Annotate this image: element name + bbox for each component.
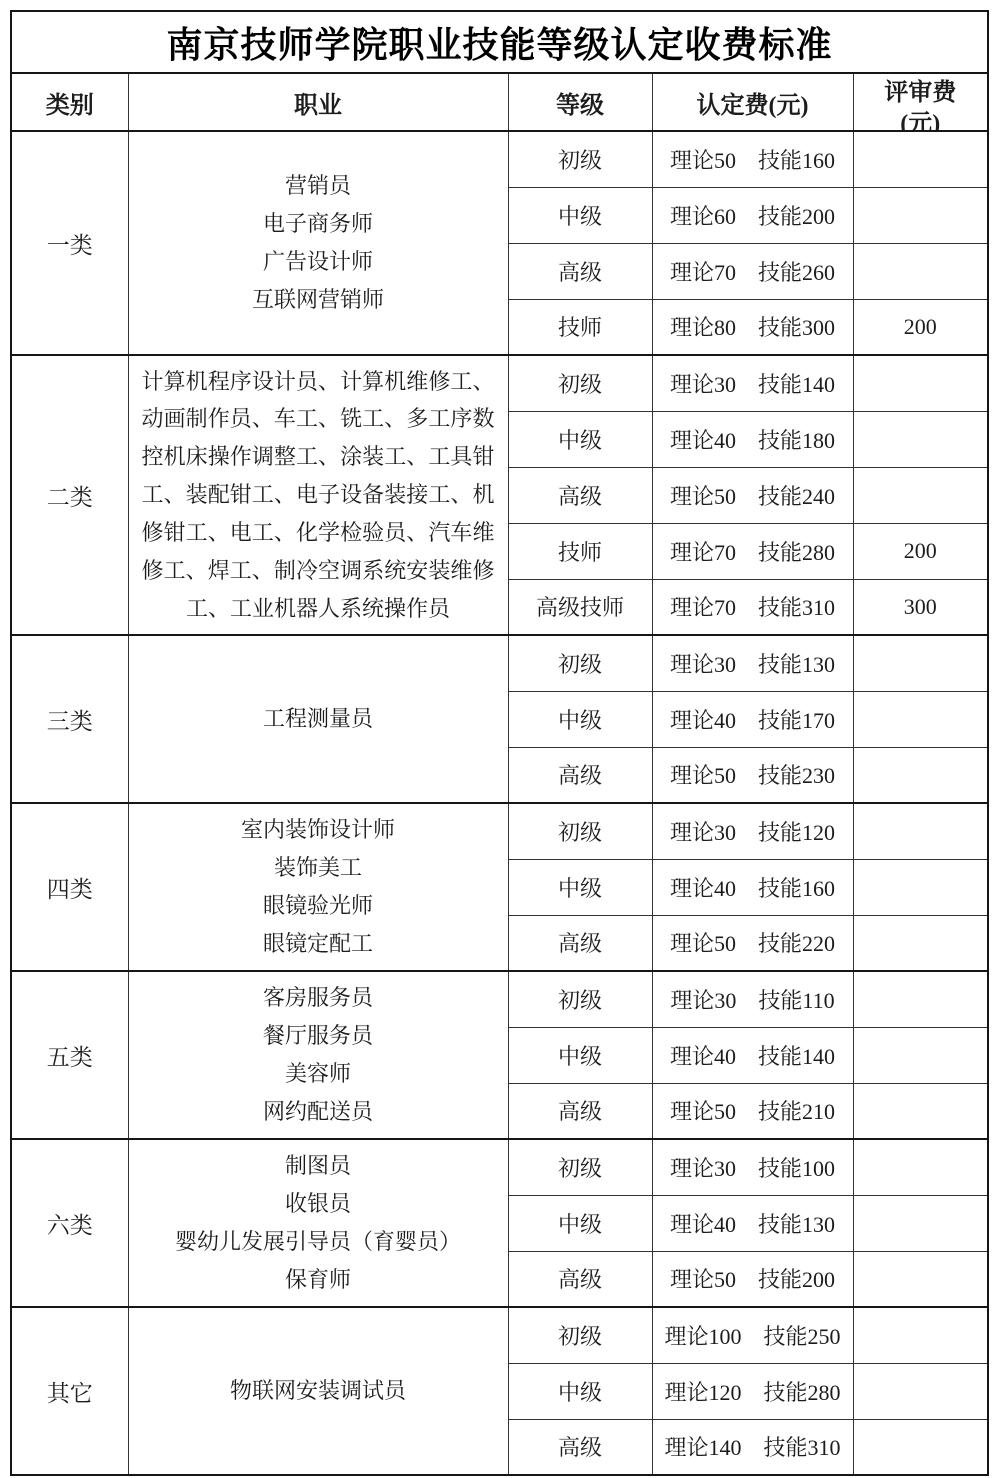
level-cell: 初级 bbox=[508, 803, 652, 859]
review-fee-cell bbox=[853, 467, 988, 523]
col-header-level: 等级 bbox=[508, 73, 652, 131]
review-fee-cell bbox=[853, 1083, 988, 1139]
level-cell: 中级 bbox=[508, 691, 652, 747]
cert-fee-cell: 理论50 技能230 bbox=[652, 747, 853, 803]
cert-fee-cell: 理论30 技能100 bbox=[652, 1139, 853, 1195]
level-cell: 中级 bbox=[508, 859, 652, 915]
cert-fee-cell: 理论60 技能200 bbox=[652, 187, 853, 243]
header-row: 类别 职业 等级 认定费(元) 评审费 (元) bbox=[11, 73, 988, 131]
category-cell: 六类 bbox=[11, 1139, 128, 1307]
cert-fee-cell: 理论30 技能130 bbox=[652, 635, 853, 691]
level-cell: 高级技师 bbox=[508, 579, 652, 635]
level-cell: 初级 bbox=[508, 1307, 652, 1363]
cert-fee-cell: 理论70 技能310 bbox=[652, 579, 853, 635]
review-fee-cell bbox=[853, 859, 988, 915]
level-cell: 高级 bbox=[508, 467, 652, 523]
group-4: 四类 室内装饰设计师 装饰美工 眼镜验光师 眼镜定配工 初级 理论30 技能12… bbox=[11, 803, 988, 971]
level-cell: 中级 bbox=[508, 1363, 652, 1419]
review-fee-cell: 200 bbox=[853, 523, 988, 579]
category-cell: 二类 bbox=[11, 355, 128, 635]
group-5: 五类 客房服务员 餐厅服务员 美容师 网约配送员 初级 理论30 技能110 中… bbox=[11, 971, 988, 1139]
cert-fee-cell: 理论40 技能180 bbox=[652, 411, 853, 467]
cert-fee-cell: 理论70 技能260 bbox=[652, 243, 853, 299]
cert-fee-cell: 理论30 技能140 bbox=[652, 355, 853, 411]
cert-fee-cell: 理论40 技能140 bbox=[652, 1027, 853, 1083]
cert-fee-cell: 理论40 技能130 bbox=[652, 1195, 853, 1251]
group-6: 六类 制图员 收银员 婴幼儿发展引导员（育婴员） 保育师 初级 理论30 技能1… bbox=[11, 1139, 988, 1307]
level-cell: 中级 bbox=[508, 411, 652, 467]
review-fee-cell bbox=[853, 243, 988, 299]
review-fee-cell bbox=[853, 187, 988, 243]
col-header-category: 类别 bbox=[11, 73, 128, 131]
page-title: 南京技师学院职业技能等级认定收费标准 bbox=[11, 11, 988, 73]
occupation-cell: 客房服务员 餐厅服务员 美容师 网约配送员 bbox=[128, 971, 508, 1139]
level-cell: 中级 bbox=[508, 187, 652, 243]
level-cell: 高级 bbox=[508, 1419, 652, 1475]
group-3: 三类 工程测量员 初级 理论30 技能130 中级 理论40 技能170 高级 … bbox=[11, 635, 988, 803]
review-fee-cell bbox=[853, 803, 988, 859]
occupation-cell: 营销员 电子商务师 广告设计师 互联网营销师 bbox=[128, 131, 508, 355]
cert-fee-cell: 理论80 技能300 bbox=[652, 299, 853, 355]
level-cell: 高级 bbox=[508, 915, 652, 971]
table-row: 五类 客房服务员 餐厅服务员 美容师 网约配送员 初级 理论30 技能110 bbox=[11, 971, 988, 1027]
review-fee-cell bbox=[853, 131, 988, 187]
review-fee-cell: 300 bbox=[853, 579, 988, 635]
category-cell: 一类 bbox=[11, 131, 128, 355]
review-fee-cell bbox=[853, 411, 988, 467]
review-fee-cell bbox=[853, 1195, 988, 1251]
level-cell: 高级 bbox=[508, 1251, 652, 1307]
category-cell: 五类 bbox=[11, 971, 128, 1139]
title-row: 南京技师学院职业技能等级认定收费标准 bbox=[11, 11, 988, 73]
category-cell: 四类 bbox=[11, 803, 128, 971]
cert-fee-cell: 理论50 技能210 bbox=[652, 1083, 853, 1139]
cert-fee-cell: 理论40 技能170 bbox=[652, 691, 853, 747]
col-header-cert-fee: 认定费(元) bbox=[652, 73, 853, 131]
cert-fee-cell: 理论50 技能200 bbox=[652, 1251, 853, 1307]
fee-standard-table: 南京技师学院职业技能等级认定收费标准 类别 职业 等级 认定费(元) 评审费 (… bbox=[10, 10, 989, 1476]
col-header-occupation: 职业 bbox=[128, 73, 508, 131]
level-cell: 初级 bbox=[508, 1139, 652, 1195]
table-row: 一类 营销员 电子商务师 广告设计师 互联网营销师 初级 理论50 技能160 bbox=[11, 131, 988, 187]
level-cell: 中级 bbox=[508, 1027, 652, 1083]
group-1: 一类 营销员 电子商务师 广告设计师 互联网营销师 初级 理论50 技能160 … bbox=[11, 131, 988, 355]
level-cell: 技师 bbox=[508, 523, 652, 579]
level-cell: 中级 bbox=[508, 1195, 652, 1251]
level-cell: 高级 bbox=[508, 747, 652, 803]
occupation-cell: 制图员 收银员 婴幼儿发展引导员（育婴员） 保育师 bbox=[128, 1139, 508, 1307]
level-cell: 高级 bbox=[508, 243, 652, 299]
cert-fee-cell: 理论40 技能160 bbox=[652, 859, 853, 915]
col-header-review-fee: 评审费 (元) bbox=[853, 73, 988, 131]
level-cell: 初级 bbox=[508, 971, 652, 1027]
review-fee-cell bbox=[853, 1419, 988, 1475]
category-cell: 其它 bbox=[11, 1307, 128, 1475]
occupation-cell: 物联网安装调试员 bbox=[128, 1307, 508, 1475]
cert-fee-cell: 理论30 技能110 bbox=[652, 971, 853, 1027]
review-fee-cell bbox=[853, 1251, 988, 1307]
review-fee-cell bbox=[853, 971, 988, 1027]
review-fee-cell bbox=[853, 355, 988, 411]
review-fee-cell bbox=[853, 1307, 988, 1363]
review-fee-cell bbox=[853, 691, 988, 747]
occupation-cell: 计算机程序设计员、计算机维修工、动画制作员、车工、铣工、多工序数控机床操作调整工… bbox=[128, 355, 508, 635]
review-fee-cell bbox=[853, 1363, 988, 1419]
cert-fee-cell: 理论30 技能120 bbox=[652, 803, 853, 859]
cert-fee-cell: 理论120 技能280 bbox=[652, 1363, 853, 1419]
occupation-cell: 工程测量员 bbox=[128, 635, 508, 803]
level-cell: 初级 bbox=[508, 635, 652, 691]
level-cell: 高级 bbox=[508, 1083, 652, 1139]
cert-fee-cell: 理论70 技能280 bbox=[652, 523, 853, 579]
review-fee-header-text: 评审费 (元) bbox=[854, 74, 988, 130]
table-row: 三类 工程测量员 初级 理论30 技能130 bbox=[11, 635, 988, 691]
review-fee-cell bbox=[853, 915, 988, 971]
cert-fee-cell: 理论50 技能160 bbox=[652, 131, 853, 187]
cert-fee-cell: 理论140 技能310 bbox=[652, 1419, 853, 1475]
review-fee-cell bbox=[853, 1139, 988, 1195]
occupation-cell: 室内装饰设计师 装饰美工 眼镜验光师 眼镜定配工 bbox=[128, 803, 508, 971]
cert-fee-cell: 理论50 技能240 bbox=[652, 467, 853, 523]
review-fee-cell: 200 bbox=[853, 299, 988, 355]
cert-fee-cell: 理论100 技能250 bbox=[652, 1307, 853, 1363]
level-cell: 技师 bbox=[508, 299, 652, 355]
table-row: 六类 制图员 收银员 婴幼儿发展引导员（育婴员） 保育师 初级 理论30 技能1… bbox=[11, 1139, 988, 1195]
level-cell: 初级 bbox=[508, 131, 652, 187]
table-row: 四类 室内装饰设计师 装饰美工 眼镜验光师 眼镜定配工 初级 理论30 技能12… bbox=[11, 803, 988, 859]
review-fee-cell bbox=[853, 1027, 988, 1083]
cert-fee-cell: 理论50 技能220 bbox=[652, 915, 853, 971]
group-2: 二类 计算机程序设计员、计算机维修工、动画制作员、车工、铣工、多工序数控机床操作… bbox=[11, 355, 988, 635]
level-cell: 初级 bbox=[508, 355, 652, 411]
category-cell: 三类 bbox=[11, 635, 128, 803]
table-row: 二类 计算机程序设计员、计算机维修工、动画制作员、车工、铣工、多工序数控机床操作… bbox=[11, 355, 988, 411]
review-fee-cell bbox=[853, 747, 988, 803]
fee-standard-sheet: 南京技师学院职业技能等级认定收费标准 类别 职业 等级 认定费(元) 评审费 (… bbox=[0, 0, 999, 1476]
table-row: 其它 物联网安装调试员 初级 理论100 技能250 bbox=[11, 1307, 988, 1363]
review-fee-cell bbox=[853, 635, 988, 691]
group-7: 其它 物联网安装调试员 初级 理论100 技能250 中级 理论120 技能28… bbox=[11, 1307, 988, 1475]
